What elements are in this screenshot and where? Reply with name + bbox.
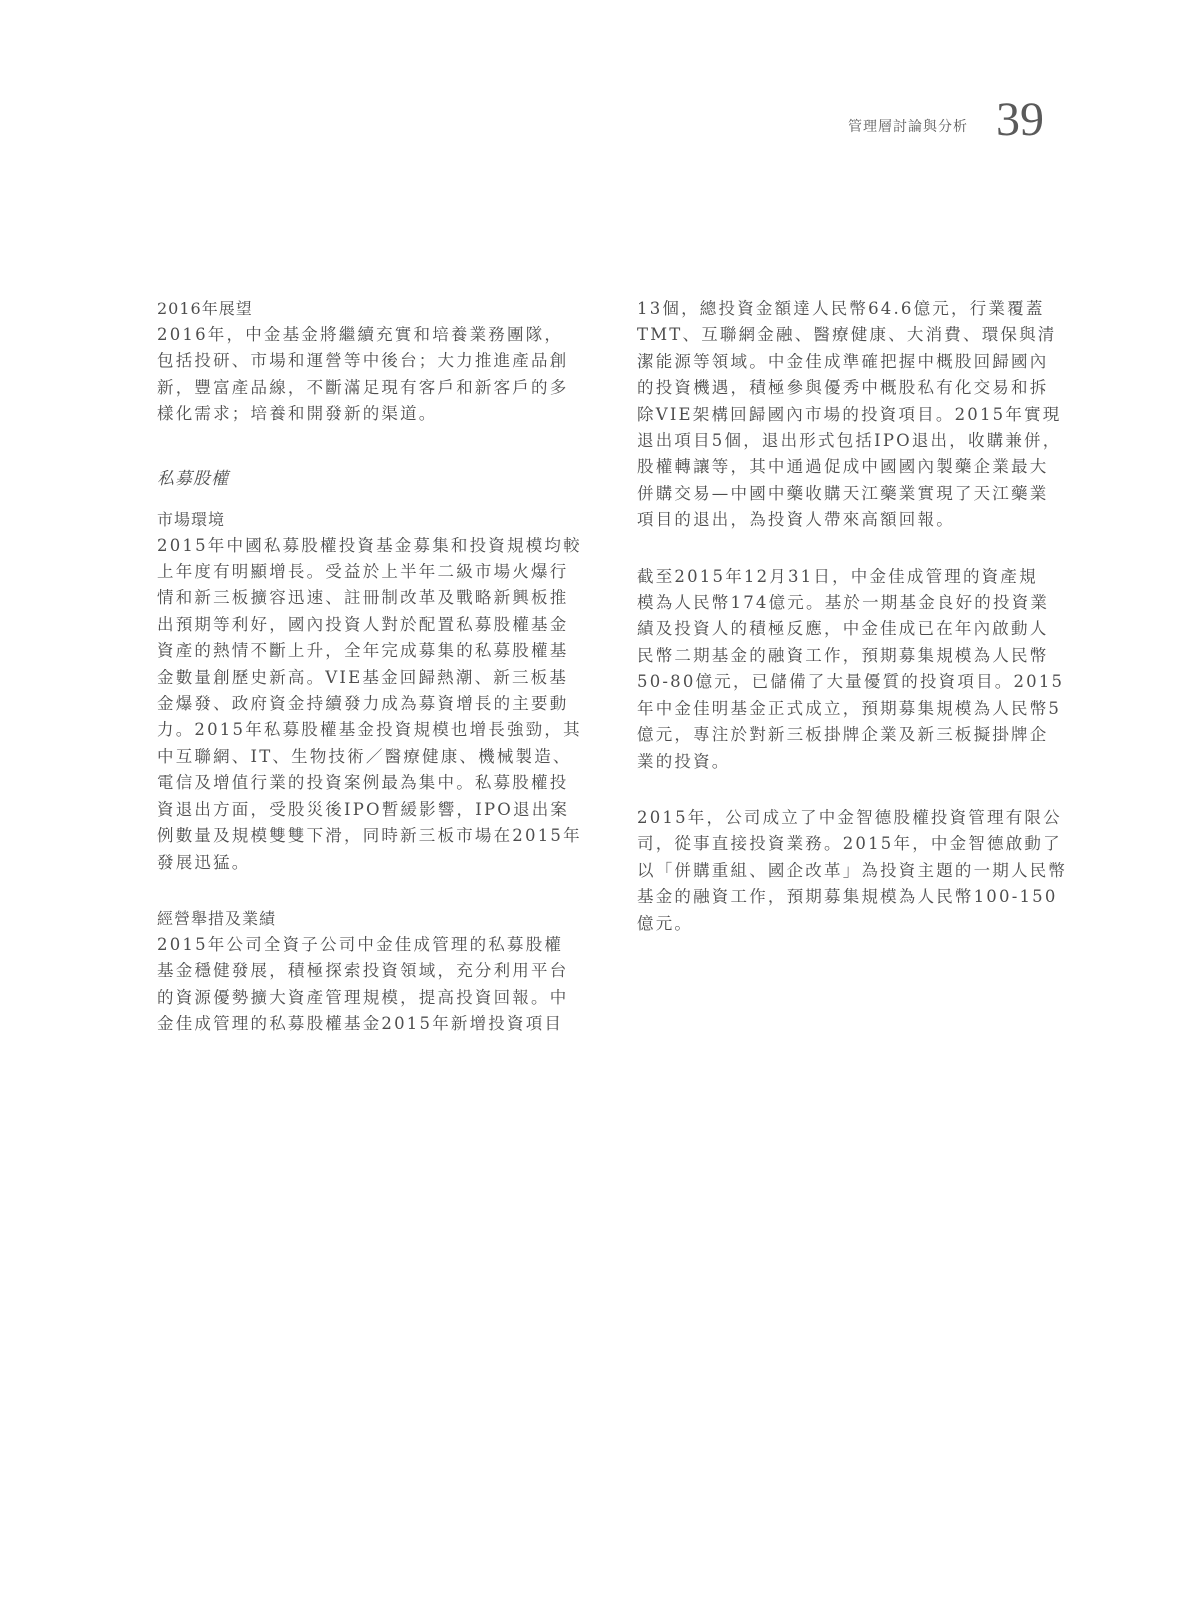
text-line: 2015年公司全資子公司中金佳成管理的私募股權 [157,932,567,958]
text-line: 除VIE架構回歸國內市場的投資項目。2015年實現 [637,402,1047,428]
text-line: 中互聯網、IT、生物技術／醫療健康、機械製造、 [157,744,567,770]
left-column: 2016年展望 2016年，中金基金將繼續充實和培養業務團隊， 包括投研、市場和… [157,296,567,1038]
outlook-heading: 2016年展望 [157,296,567,322]
text-line: 的資源優勢擴大資產管理規模，提高投資回報。中 [157,985,567,1011]
text-line: 情和新三板擴容迅速、註冊制改革及戰略新興板推 [157,585,567,611]
text-line: 出預期等利好，國內投資人對於配置私募股權基金 [157,612,567,638]
text-line: TMT、互聯網金融、醫療健康、大消費、環保與清 [637,322,1047,348]
outlook-paragraph: 2016年，中金基金將繼續充實和培養業務團隊， 包括投研、市場和運營等中後台；大… [157,322,567,428]
page-header: 管理層討論與分析 39 [848,96,1044,144]
text-line: 力。2015年私募股權基金投資規模也增長強勁，其 [157,717,567,743]
text-line: 績及投資人的積極反應，中金佳成已在年內啟動人 [637,616,1047,642]
text-line: 電信及增值行業的投資案例最為集中。私募股權投 [157,770,567,796]
right-column: 13個，總投資金額達人民幣64.6億元，行業覆蓋 TMT、互聯網金融、醫療健康、… [637,296,1047,937]
text-line: 13個，總投資金額達人民幣64.6億元，行業覆蓋 [637,296,1047,322]
section-title-private-equity: 私募股權 [157,464,567,489]
text-line: 50-80億元，已儲備了大量優質的投資項目。2015 [637,669,1047,695]
investment-paragraph: 13個，總投資金額達人民幣64.6億元，行業覆蓋 TMT、互聯網金融、醫療健康、… [637,296,1047,534]
text-line: 基金的融資工作，預期募集規模為人民幣100-150 [637,884,1047,910]
text-line: 的投資機遇，積極參與優秀中概股私有化交易和拆 [637,375,1047,401]
text-line: 金爆發、政府資金持續發力成為募資增長的主要動 [157,691,567,717]
text-line: 截至2015年12月31日，中金佳成管理的資產規 [637,564,1047,590]
text-line: 資產的熱情不斷上升，全年完成募集的私募股權基 [157,638,567,664]
text-line: 2015年中國私募股權投資基金募集和投資規模均較 [157,533,567,559]
zhide-paragraph: 2015年，公司成立了中金智德股權投資管理有限公 司，從事直接投資業務。2015… [637,805,1047,937]
assets-paragraph: 截至2015年12月31日，中金佳成管理的資產規 模為人民幣174億元。基於一期… [637,564,1047,775]
text-line: 億元，專注於對新三板掛牌企業及新三板擬掛牌企 [637,722,1047,748]
market-heading: 市場環境 [157,507,567,533]
text-line: 資退出方面，受股災後IPO暫緩影響，IPO退出案 [157,797,567,823]
text-line: 新，豐富產品線，不斷滿足現有客戶和新客戶的多 [157,375,567,401]
text-line: 樣化需求；培養和開發新的渠道。 [157,401,567,427]
text-line: 基金穩健發展，積極探索投資領域，充分利用平台 [157,958,567,984]
text-line: 業的投資。 [637,749,1047,775]
market-paragraph: 2015年中國私募股權投資基金募集和投資規模均較 上年度有明顯增長。受益於上半年… [157,533,567,876]
text-line: 以「併購重組、國企改革」為投資主題的一期人民幣 [637,858,1047,884]
text-line: 金佳成管理的私募股權基金2015年新增投資項目 [157,1011,567,1037]
section-header-title: 管理層討論與分析 [848,116,968,136]
text-line: 發展迅猛。 [157,850,567,876]
text-line: 2015年，公司成立了中金智德股權投資管理有限公 [637,805,1047,831]
text-line: 股權轉讓等，其中通過促成中國國內製藥企業最大 [637,454,1047,480]
text-line: 億元。 [637,911,1047,937]
operations-paragraph: 2015年公司全資子公司中金佳成管理的私募股權 基金穩健發展，積極探索投資領域，… [157,932,567,1038]
operations-heading: 經營舉措及業績 [157,906,567,932]
text-line: 退出項目5個，退出形式包括IPO退出，收購兼併， [637,428,1047,454]
text-line: 模為人民幣174億元。基於一期基金良好的投資業 [637,590,1047,616]
text-line: 項目的退出，為投資人帶來高額回報。 [637,507,1047,533]
text-line: 司，從事直接投資業務。2015年，中金智德啟動了 [637,831,1047,857]
text-line: 民幣二期基金的融資工作，預期募集規模為人民幣 [637,643,1047,669]
text-line: 例數量及規模雙雙下滑，同時新三板市場在2015年 [157,823,567,849]
text-line: 金數量創歷史新高。VIE基金回歸熱潮、新三板基 [157,665,567,691]
text-line: 併購交易—中國中藥收購天江藥業實現了天江藥業 [637,481,1047,507]
text-line: 上年度有明顯增長。受益於上半年二級市場火爆行 [157,559,567,585]
text-line: 潔能源等領域。中金佳成準確把握中概股回歸國內 [637,349,1047,375]
page-number: 39 [996,96,1044,144]
text-line: 包括投研、市場和運營等中後台；大力推進產品創 [157,348,567,374]
text-line: 2016年，中金基金將繼續充實和培養業務團隊， [157,322,567,348]
text-line: 年中金佳明基金正式成立，預期募集規模為人民幣5 [637,696,1047,722]
